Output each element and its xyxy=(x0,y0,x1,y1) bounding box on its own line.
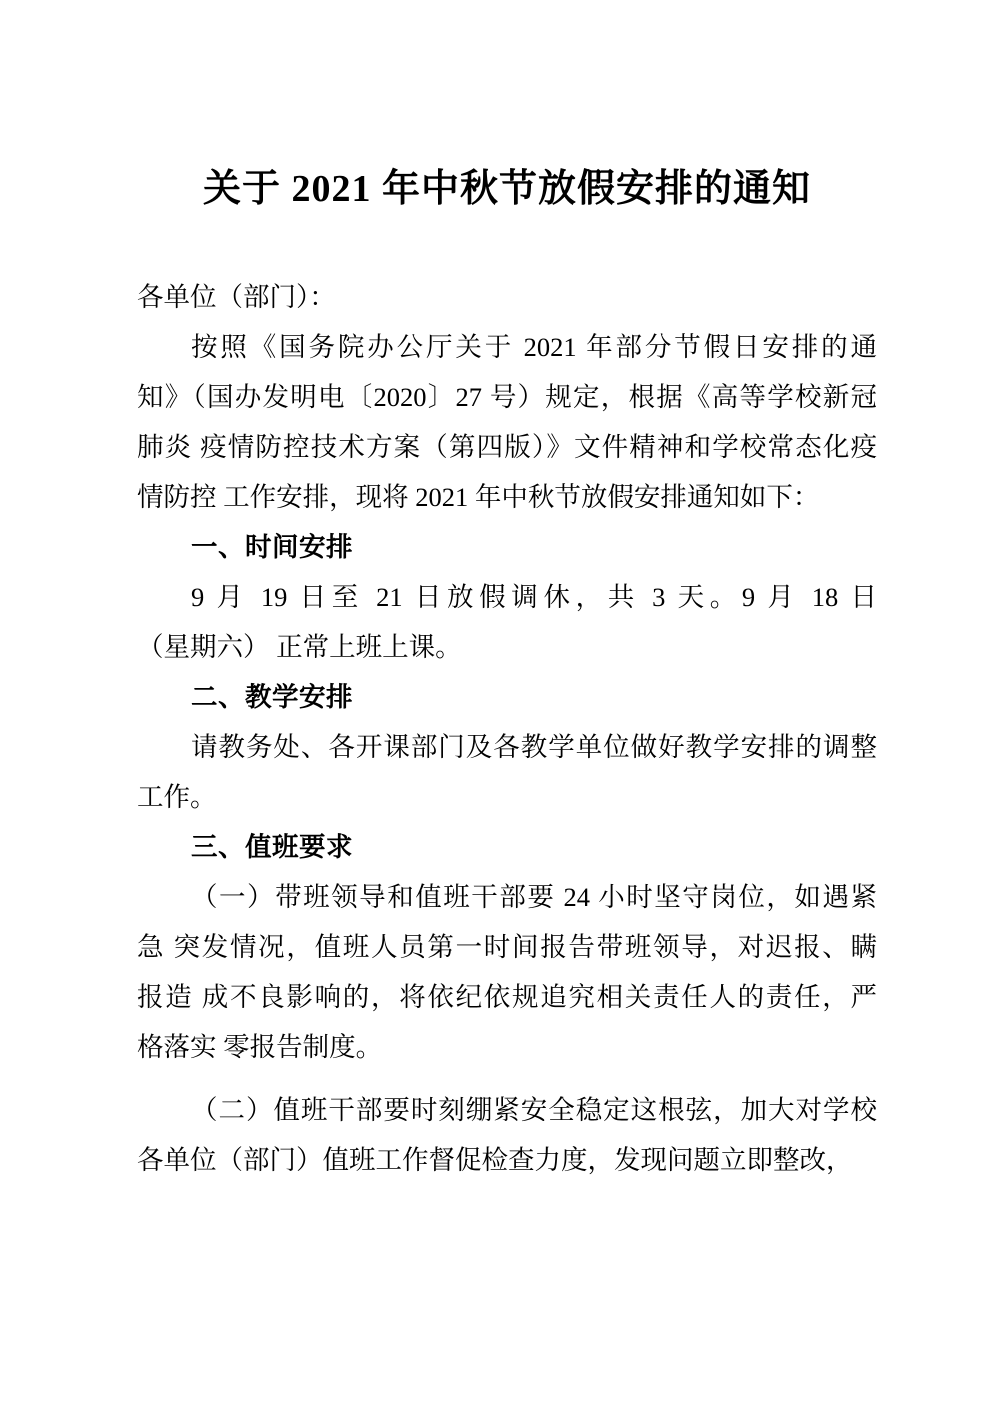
section-heading-duty-requirements: 三、值班要求 xyxy=(137,822,877,872)
intro-line: 知》（国办发明电〔2020〕27 号）规定，根据《高等学校新冠 xyxy=(137,372,877,422)
document-body: 各单位（部门）： 按照《国务院办公厅关于 2021 年部分节假日安排的通 知》（… xyxy=(137,272,877,1185)
section-1-paragraph-line: 9 月 19 日至 21 日放假调休，共 3 天。9 月 18 日 xyxy=(137,572,877,622)
document-page: 关于 2021 年中秋节放假安排的通知 各单位（部门）： 按照《国务院办公厅关于… xyxy=(0,0,1000,1415)
section-heading-teaching-arrangement: 二、教学安排 xyxy=(137,672,877,722)
section-3-paragraph-2-line: 各单位（部门）值班工作督促检查力度，发现问题立即整改， xyxy=(137,1135,877,1185)
section-3-paragraph-1-line: 报造 成不良影响的，将依纪依规追究相关责任人的责任，严 xyxy=(137,972,877,1022)
section-heading-time-arrangement: 一、时间安排 xyxy=(137,522,877,572)
document-title: 关于 2021 年中秋节放假安排的通知 xyxy=(137,0,877,216)
section-1-paragraph-line: （星期六） 正常上班上课。 xyxy=(137,622,877,672)
section-3-paragraph-1-line: 格落实 零报告制度。 xyxy=(137,1022,877,1072)
section-3-paragraph-2-line: （二）值班干部要时刻绷紧安全稳定这根弦，加大对学校 xyxy=(137,1085,877,1135)
intro-line: 肺炎 疫情防控技术方案（第四版）》文件精神和学校常态化疫 xyxy=(137,422,877,472)
section-3-paragraph-1-line: 急 突发情况，值班人员第一时间报告带班领导，对迟报、瞒 xyxy=(137,922,877,972)
section-3-paragraph-1-line: （一）带班领导和值班干部要 24 小时坚守岗位，如遇紧 xyxy=(137,872,877,922)
salutation-line: 各单位（部门）： xyxy=(137,272,877,322)
notice-document: 关于 2021 年中秋节放假安排的通知 各单位（部门）： 按照《国务院办公厅关于… xyxy=(137,0,877,1185)
intro-line: 情防控 工作安排，现将 2021 年中秋节放假安排通知如下： xyxy=(137,472,877,522)
section-2-paragraph-line: 请教务处、各开课部门及各教学单位做好教学安排的调整 xyxy=(137,722,877,772)
section-2-paragraph-line: 工作。 xyxy=(137,772,877,822)
intro-line: 按照《国务院办公厅关于 2021 年部分节假日安排的通 xyxy=(137,322,877,372)
